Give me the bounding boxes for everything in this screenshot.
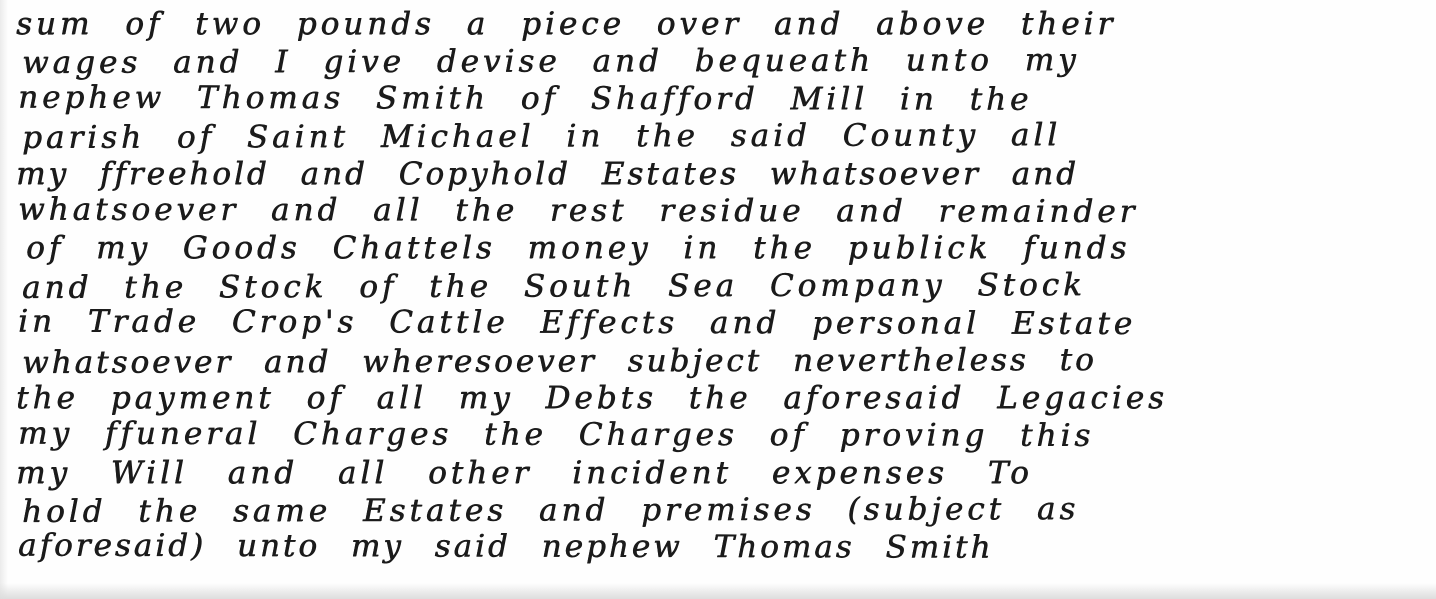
manuscript-page: sum of two pounds a piece over and above… [0, 0, 1436, 599]
scan-edge-shadow [0, 583, 1436, 599]
manuscript-line: in Trade Crop's Cattle Effects and perso… [18, 304, 1428, 344]
manuscript-line: my ffuneral Charges the Charges of provi… [18, 416, 1428, 456]
manuscript-line: hold the same Estates and premises (subj… [22, 490, 1432, 531]
manuscript-line: whatsoever and wheresoever subject never… [22, 341, 1432, 382]
manuscript-line: nephew Thomas Smith of Shafford Mill in … [18, 79, 1428, 119]
manuscript-text-block: sum of two pounds a piece over and above… [0, 0, 1436, 567]
manuscript-line: wages and I give devise and bequeath unt… [22, 42, 1432, 83]
manuscript-line: parish of Saint Michael in the said Coun… [22, 116, 1432, 157]
manuscript-line: my ffreehold and Copyhold Estates whatso… [16, 156, 1426, 193]
manuscript-line: whatsoever and all the rest residue and … [18, 191, 1428, 231]
manuscript-line: of my Goods Chattels money in the public… [26, 230, 1436, 267]
manuscript-line: sum of two pounds a piece over and above… [16, 6, 1426, 43]
manuscript-line: the payment of all my Debts the aforesai… [16, 380, 1426, 417]
manuscript-line: aforesaid) unto my said nephew Thomas Sm… [18, 528, 1428, 568]
manuscript-line: and the Stock of the South Sea Company S… [22, 266, 1432, 307]
manuscript-line: my Will and all other incident expenses … [16, 455, 1426, 492]
